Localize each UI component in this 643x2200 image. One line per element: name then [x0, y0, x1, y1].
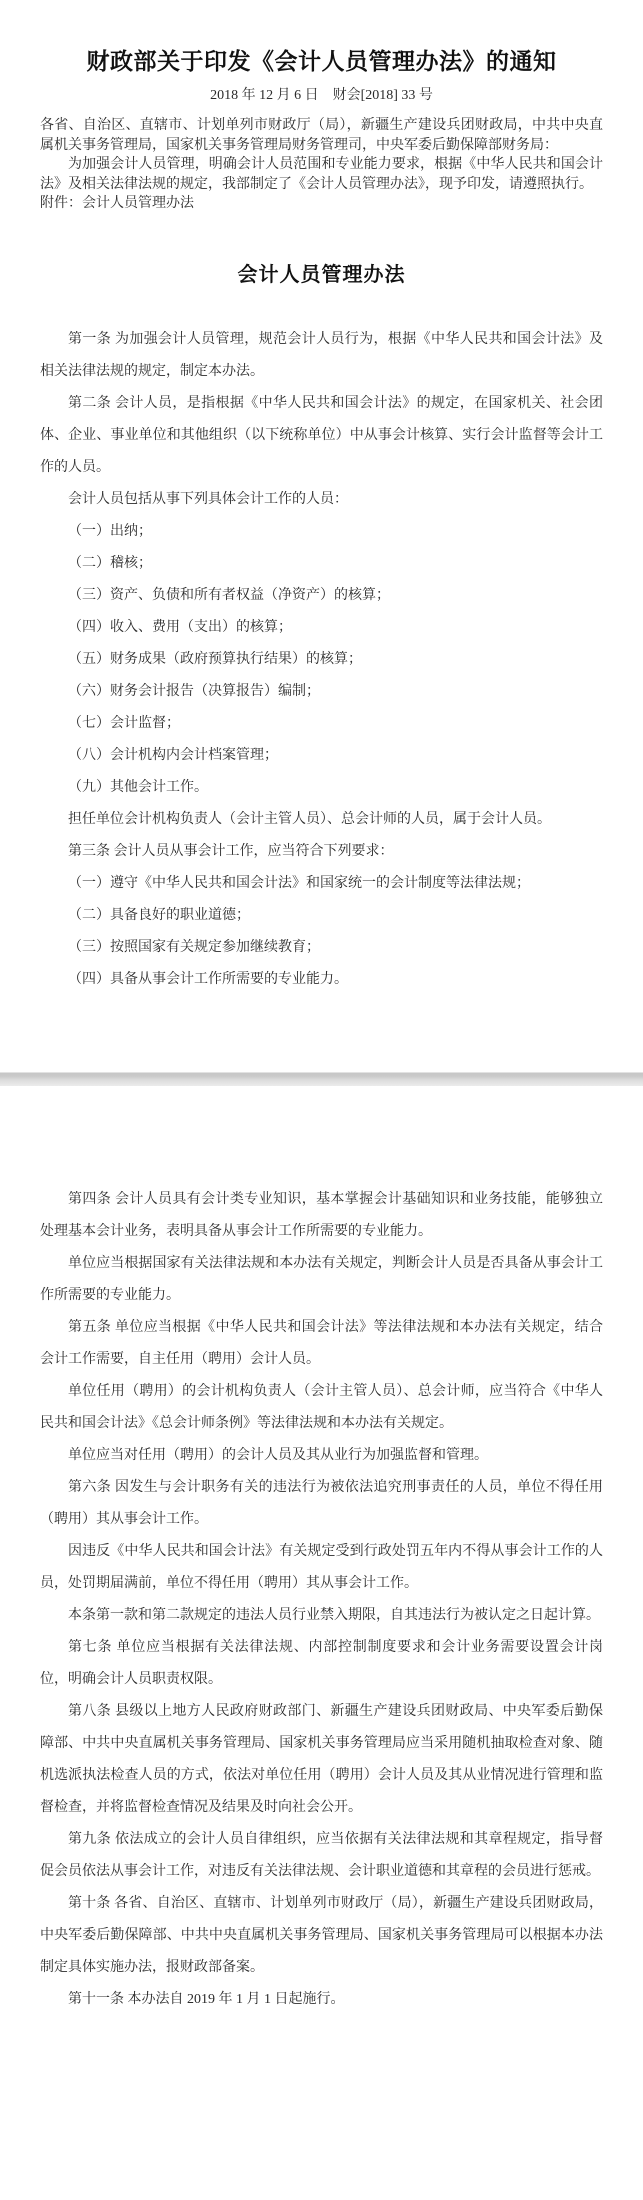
page-break-separator [0, 1072, 643, 1086]
notice-paragraph: 附件：会计人员管理办法 [40, 194, 603, 214]
page-1: 财政部关于印发《会计人员管理办法》的通知 2018 年 12 月 6 日 财会[… [0, 0, 643, 1072]
regulation-paragraph: （三）资产、负债和所有者权益（净资产）的核算； [40, 580, 603, 612]
regulation-body-page1: 第一条 为加强会计人员管理，规范会计人员行为，根据《中华人民共和国会计法》及相关… [40, 324, 603, 996]
regulation-paragraph: （一）遵守《中华人民共和国会计法》和国家统一的会计制度等法律法规； [40, 868, 603, 900]
document-viewer: 财政部关于印发《会计人员管理办法》的通知 2018 年 12 月 6 日 财会[… [0, 0, 643, 2200]
regulation-paragraph: （一）出纳； [40, 516, 603, 548]
notice-paragraph: 各省、自治区、直辖市、计划单列市财政厅（局），新疆生产建设兵团财政局，中共中央直… [40, 116, 603, 155]
regulation-paragraph: （六）财务会计报告（决算报告）编制； [40, 676, 603, 708]
notice-body: 各省、自治区、直辖市、计划单列市财政厅（局），新疆生产建设兵团财政局，中共中央直… [40, 116, 603, 214]
regulation-paragraph: 第八条 县级以上地方人民政府财政部门、新疆生产建设兵团财政局、中央军委后勤保障部… [40, 1696, 603, 1824]
page-2: 第四条 会计人员具有会计类专业知识，基本掌握会计基础知识和业务技能，能够独立处理… [0, 1086, 643, 2200]
regulation-paragraph: （九）其他会计工作。 [40, 772, 603, 804]
notice-paragraph: 为加强会计人员管理，明确会计人员范围和专业能力要求，根据《中华人民共和国会计法》… [40, 155, 603, 194]
regulation-paragraph: （八）会计机构内会计档案管理； [40, 740, 603, 772]
regulation-paragraph: 单位应当对任用（聘用）的会计人员及其从业行为加强监督和管理。 [40, 1440, 603, 1472]
document-title: 财政部关于印发《会计人员管理办法》的通知 [40, 46, 603, 76]
regulation-paragraph: （四）具备从事会计工作所需要的专业能力。 [40, 964, 603, 996]
regulation-paragraph: 因违反《中华人民共和国会计法》有关规定受到行政处罚五年内不得从事会计工作的人员，… [40, 1536, 603, 1600]
regulation-paragraph: （七）会计监督； [40, 708, 603, 740]
regulation-paragraph: （三）按照国家有关规定参加继续教育； [40, 932, 603, 964]
regulation-paragraph: 第十条 各省、自治区、直辖市、计划单列市财政厅（局），新疆生产建设兵团财政局，中… [40, 1888, 603, 1984]
date-and-number-line: 2018 年 12 月 6 日 财会[2018] 33 号 [40, 86, 603, 106]
regulation-paragraph: 单位任用（聘用）的会计机构负责人（会计主管人员）、总会计师，应当符合《中华人民共… [40, 1376, 603, 1440]
regulation-paragraph: （二）具备良好的职业道德； [40, 900, 603, 932]
regulation-paragraph: 第三条 会计人员从事会计工作，应当符合下列要求： [40, 836, 603, 868]
regulation-paragraph: （四）收入、费用（支出）的核算； [40, 612, 603, 644]
regulation-heading: 会计人员管理办法 [40, 262, 603, 288]
regulation-paragraph: 第一条 为加强会计人员管理，规范会计人员行为，根据《中华人民共和国会计法》及相关… [40, 324, 603, 388]
regulation-paragraph: （五）财务成果（政府预算执行结果）的核算； [40, 644, 603, 676]
regulation-paragraph: 会计人员包括从事下列具体会计工作的人员： [40, 484, 603, 516]
regulation-paragraph: 第九条 依法成立的会计人员自律组织，应当依据有关法律法规和其章程规定，指导督促会… [40, 1824, 603, 1888]
regulation-paragraph: 第二条 会计人员，是指根据《中华人民共和国会计法》的规定，在国家机关、社会团体、… [40, 388, 603, 484]
regulation-paragraph: 第五条 单位应当根据《中华人民共和国会计法》等法律法规和本办法有关规定，结合会计… [40, 1312, 603, 1376]
regulation-paragraph: 第六条 因发生与会计职务有关的违法行为被依法追究刑事责任的人员，单位不得任用（聘… [40, 1472, 603, 1536]
regulation-paragraph: 本条第一款和第二款规定的违法人员行业禁入期限，自其违法行为被认定之日起计算。 [40, 1600, 603, 1632]
regulation-paragraph: 单位应当根据国家有关法律法规和本办法有关规定，判断会计人员是否具备从事会计工作所… [40, 1248, 603, 1312]
regulation-paragraph: （二）稽核； [40, 548, 603, 580]
regulation-paragraph: 第七条 单位应当根据有关法律法规、内部控制制度要求和会计业务需要设置会计岗位，明… [40, 1632, 603, 1696]
regulation-body-page2: 第四条 会计人员具有会计类专业知识，基本掌握会计基础知识和业务技能，能够独立处理… [40, 1184, 603, 2016]
regulation-paragraph: 第四条 会计人员具有会计类专业知识，基本掌握会计基础知识和业务技能，能够独立处理… [40, 1184, 603, 1248]
regulation-paragraph: 担任单位会计机构负责人（会计主管人员）、总会计师的人员，属于会计人员。 [40, 804, 603, 836]
regulation-paragraph: 第十一条 本办法自 2019 年 1 月 1 日起施行。 [40, 1984, 603, 2016]
